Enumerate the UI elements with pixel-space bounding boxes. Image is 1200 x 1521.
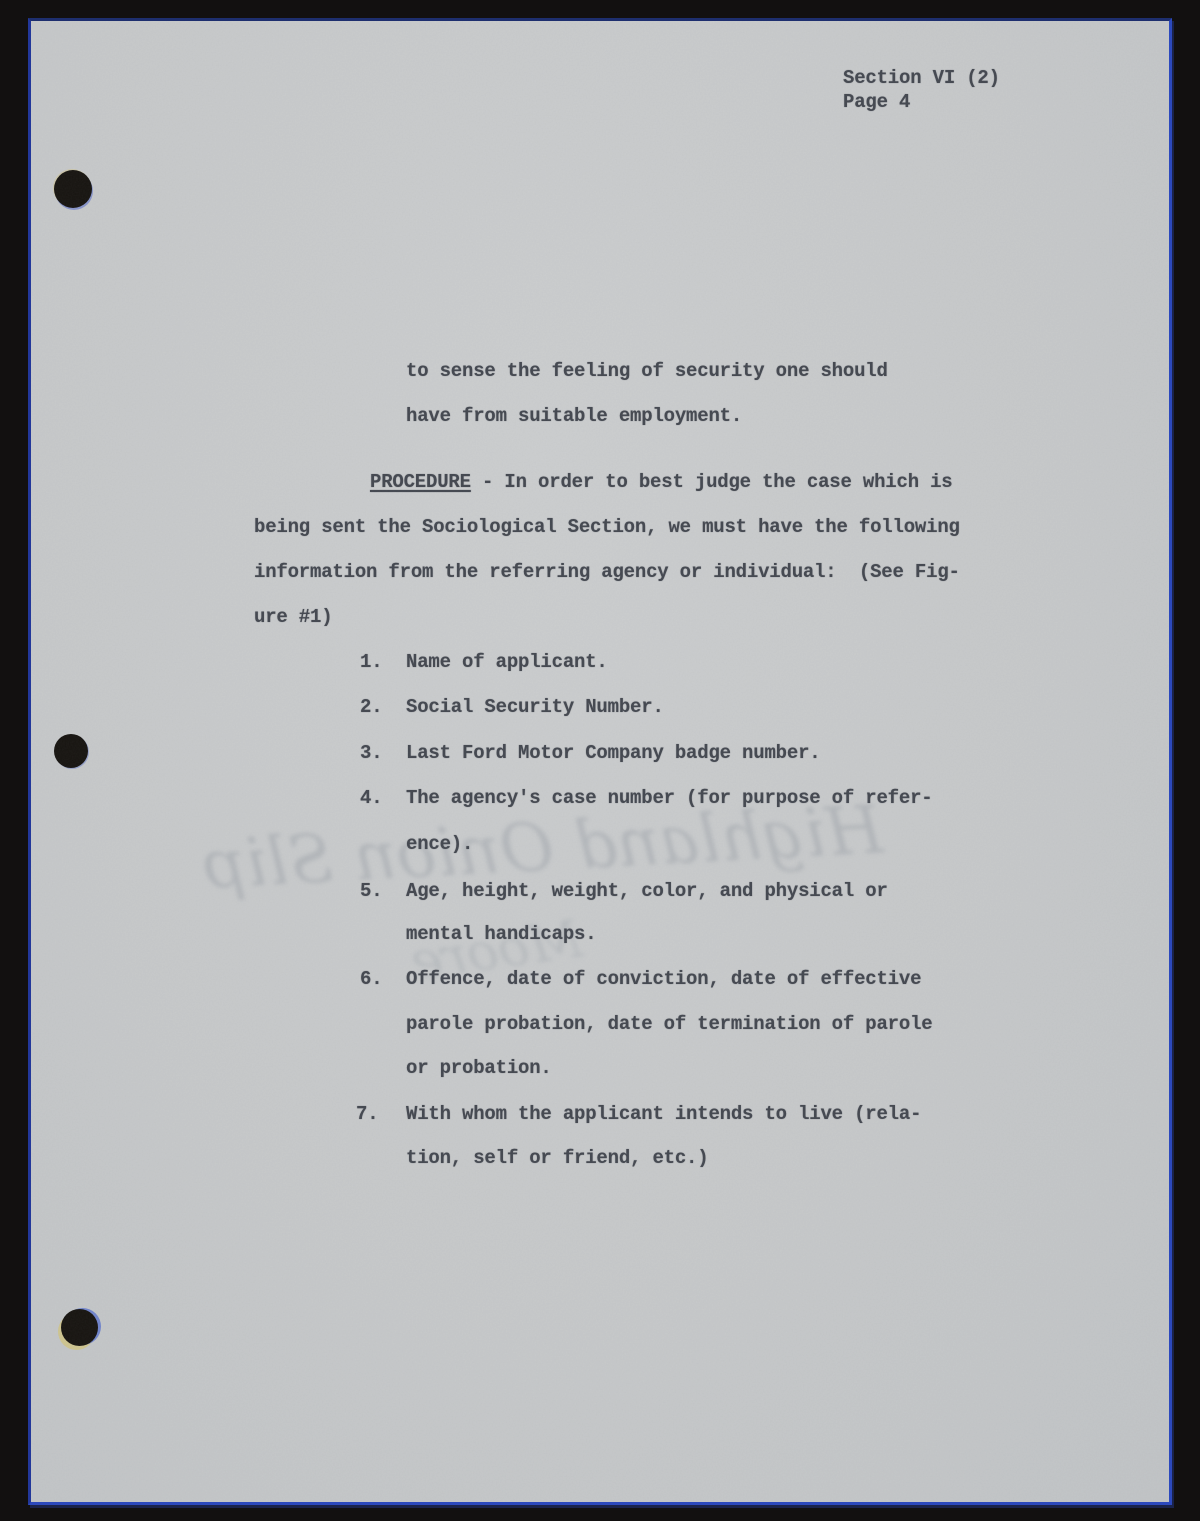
list-item-line: tion, self or friend, etc.) (406, 1147, 708, 1169)
list-item-number: 6. (360, 968, 382, 990)
list-item-line: mental handicaps. (406, 923, 596, 945)
list-item-number: 1. (360, 651, 382, 673)
hole-punch-bottom (61, 1309, 98, 1346)
list-item-line: Social Security Number. (406, 696, 664, 718)
scan-background: Highland Onion Slip Moore Section VI (2)… (0, 0, 1200, 1521)
list-item-line: Name of applicant. (406, 651, 608, 673)
page-number: Page 4 (843, 91, 910, 113)
list-item-number: 5. (360, 880, 382, 902)
document-text-line: being sent the Sociological Section, we … (254, 516, 960, 538)
list-item-line: Last Ford Motor Company badge number. (406, 742, 820, 764)
list-item-line: Offence, date of conviction, date of eff… (406, 968, 921, 990)
document-text-line: ure #1) (254, 606, 332, 628)
list-item-line: ence). (406, 833, 473, 855)
procedure-heading-tail: - In order to best judge the case which … (471, 471, 953, 493)
list-item-number: 7. (356, 1103, 378, 1125)
hole-punch-middle (54, 734, 88, 768)
document-page: Highland Onion Slip Moore Section VI (2)… (28, 18, 1172, 1505)
list-item-line: With whom the applicant intends to live … (406, 1103, 921, 1125)
list-item-number: 2. (360, 696, 382, 718)
list-item-number: 3. (360, 742, 382, 764)
document-text-line: to sense the feeling of security one sho… (406, 360, 888, 382)
document-text-line: information from the referring agency or… (254, 561, 960, 583)
hole-punch-top (54, 170, 92, 208)
list-item-line: Age, height, weight, color, and physical… (406, 880, 888, 902)
list-item-line: parole probation, date of termination of… (406, 1013, 933, 1035)
list-item-line: or probation. (406, 1057, 552, 1079)
procedure-heading: PROCEDURE (370, 471, 471, 493)
document-text-line: PROCEDURE - In order to best judge the c… (370, 471, 953, 493)
section-header: Section VI (2) (843, 67, 1000, 89)
list-item-number: 4. (360, 787, 382, 809)
document-text-line: have from suitable employment. (406, 405, 742, 427)
list-item-line: The agency's case number (for purpose of… (406, 787, 933, 809)
